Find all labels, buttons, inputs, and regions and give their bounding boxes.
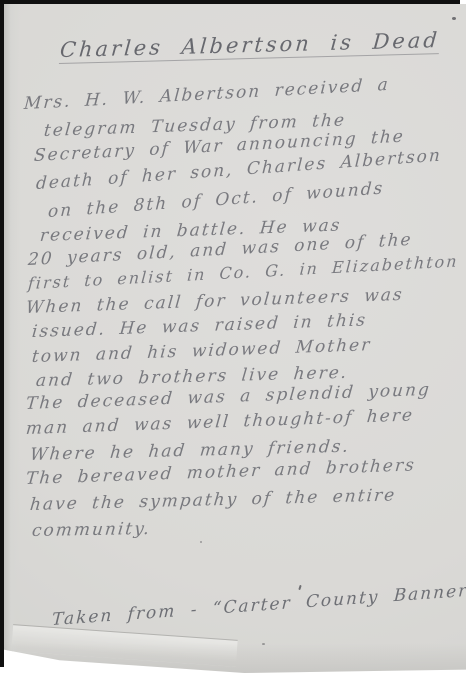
photo-border-left (0, 0, 4, 667)
paper-speck (452, 17, 456, 20)
body-line: Mrs. H. W. Albertson received a (23, 75, 390, 114)
paper-crease (11, 624, 237, 667)
body-line: have the sympathy of the entire (29, 485, 397, 515)
photo-border-top (0, 0, 460, 4)
photo-frame: Charles Albertson is Dead Mrs. H. W. Alb… (0, 0, 466, 673)
paper: Charles Albertson is Dead Mrs. H. W. Alb… (4, 4, 466, 673)
headline: Charles Albertson is Dead (59, 28, 441, 62)
paper-speck (200, 541, 202, 543)
attribution-line: Taken from - “Carter County Banner.” (51, 580, 472, 630)
body-line: community. (31, 519, 152, 541)
paper-speck (262, 643, 265, 645)
paper-speck (298, 585, 301, 590)
